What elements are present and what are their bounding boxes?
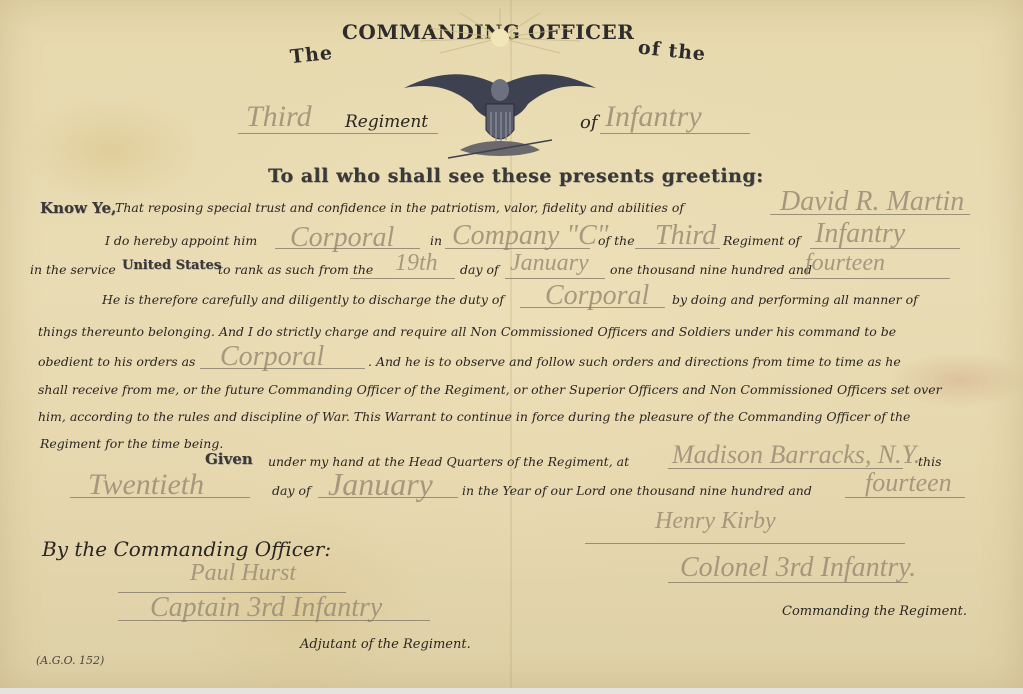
given-text-c: in the Year of our Lord one thousand nin… (462, 483, 812, 498)
from-day-underline (350, 278, 455, 279)
scan-edge (0, 688, 1023, 694)
branch-handwritten-2: Infantry (815, 218, 905, 250)
eagle-emblem-icon (400, 8, 600, 178)
from-month-handwritten: January (510, 250, 589, 277)
given-year-underline (845, 497, 965, 498)
orders-rank-underline (200, 368, 365, 369)
service-name: United States (122, 258, 221, 273)
greeting-heading: To all who shall see these presents gree… (268, 165, 764, 187)
commander-signature: Henry Kirby (655, 508, 776, 535)
adjutant-caption: Adjutant of the Regiment. (300, 637, 471, 652)
given-month-underline (318, 497, 458, 498)
regiment-number-handwritten: Third (246, 100, 312, 134)
branch-underline (600, 133, 750, 134)
title-the: The (289, 42, 334, 68)
commander-title-handwritten: Colonel 3rd Infantry. (680, 552, 916, 584)
year-text: one thousand nine hundred and (610, 262, 812, 277)
form-number: (A.G.O. 152) (36, 654, 104, 667)
body-line-6b: . And he is to observe and follow such o… (368, 354, 901, 369)
given-location-handwritten: Madison Barracks, N.Y. (672, 440, 920, 470)
given-text-a: under my hand at the Head Quarters of th… (268, 454, 629, 469)
from-year-underline (790, 278, 950, 279)
commander-title-line (668, 582, 908, 583)
regiment-number-underline (238, 133, 438, 134)
body-line-4a: He is therefore carefully and diligently… (102, 292, 504, 307)
appointee-name-underline (770, 214, 970, 215)
commander-signature-line (585, 543, 905, 544)
from-day-handwritten: 19th (395, 250, 438, 277)
in-label: in (430, 233, 442, 248)
know-ye-lead: Know Ye, (40, 199, 116, 217)
body-line-3a: in the service (30, 262, 116, 277)
branch-handwritten: Infantry (605, 100, 702, 134)
from-year-handwritten: fourteen (805, 250, 885, 277)
adjutant-signature: Paul Hurst (190, 560, 296, 587)
branch-underline-2 (810, 248, 960, 249)
body-line-9: Regiment for the time being. (40, 436, 223, 451)
regiment-number-underline-2 (635, 248, 720, 249)
day-of-label: day of (460, 262, 499, 277)
rank-underline (275, 248, 420, 249)
body-line-4b: by doing and performing all manner of (672, 292, 918, 307)
given-lead: Given (205, 450, 253, 468)
body-line-2: I do hereby appoint him (105, 233, 257, 248)
body-line-3b: to rank as such from the (218, 262, 373, 277)
given-text-b: this (918, 454, 942, 469)
given-year-handwritten: fourteen (865, 468, 952, 498)
of-label: of (580, 112, 598, 133)
body-line-5: things thereunto belonging. And I do str… (38, 324, 896, 339)
regiment-label: Regiment (345, 112, 428, 132)
commander-caption: Commanding the Regiment. (782, 604, 967, 619)
from-month-underline (505, 278, 605, 279)
body-line-8: him, according to the rules and discipli… (38, 409, 910, 424)
regiment-of-label: Regiment of (723, 233, 800, 248)
body-line-1: That reposing special trust and confiden… (115, 200, 684, 215)
duty-rank-underline (520, 307, 665, 308)
by-commanding-officer-label: By the Commanding Officer: (42, 537, 331, 561)
body-line-6a: obedient to his orders as (38, 354, 195, 369)
of-the-label: of the (598, 233, 635, 248)
company-underline (445, 248, 590, 249)
given-day-underline (70, 497, 250, 498)
body-line-7: shall receive from me, or the future Com… (38, 382, 942, 397)
given-day-of-label: day of (272, 483, 311, 498)
rank-handwritten: Corporal (290, 222, 394, 254)
adjutant-title-line (118, 620, 430, 621)
